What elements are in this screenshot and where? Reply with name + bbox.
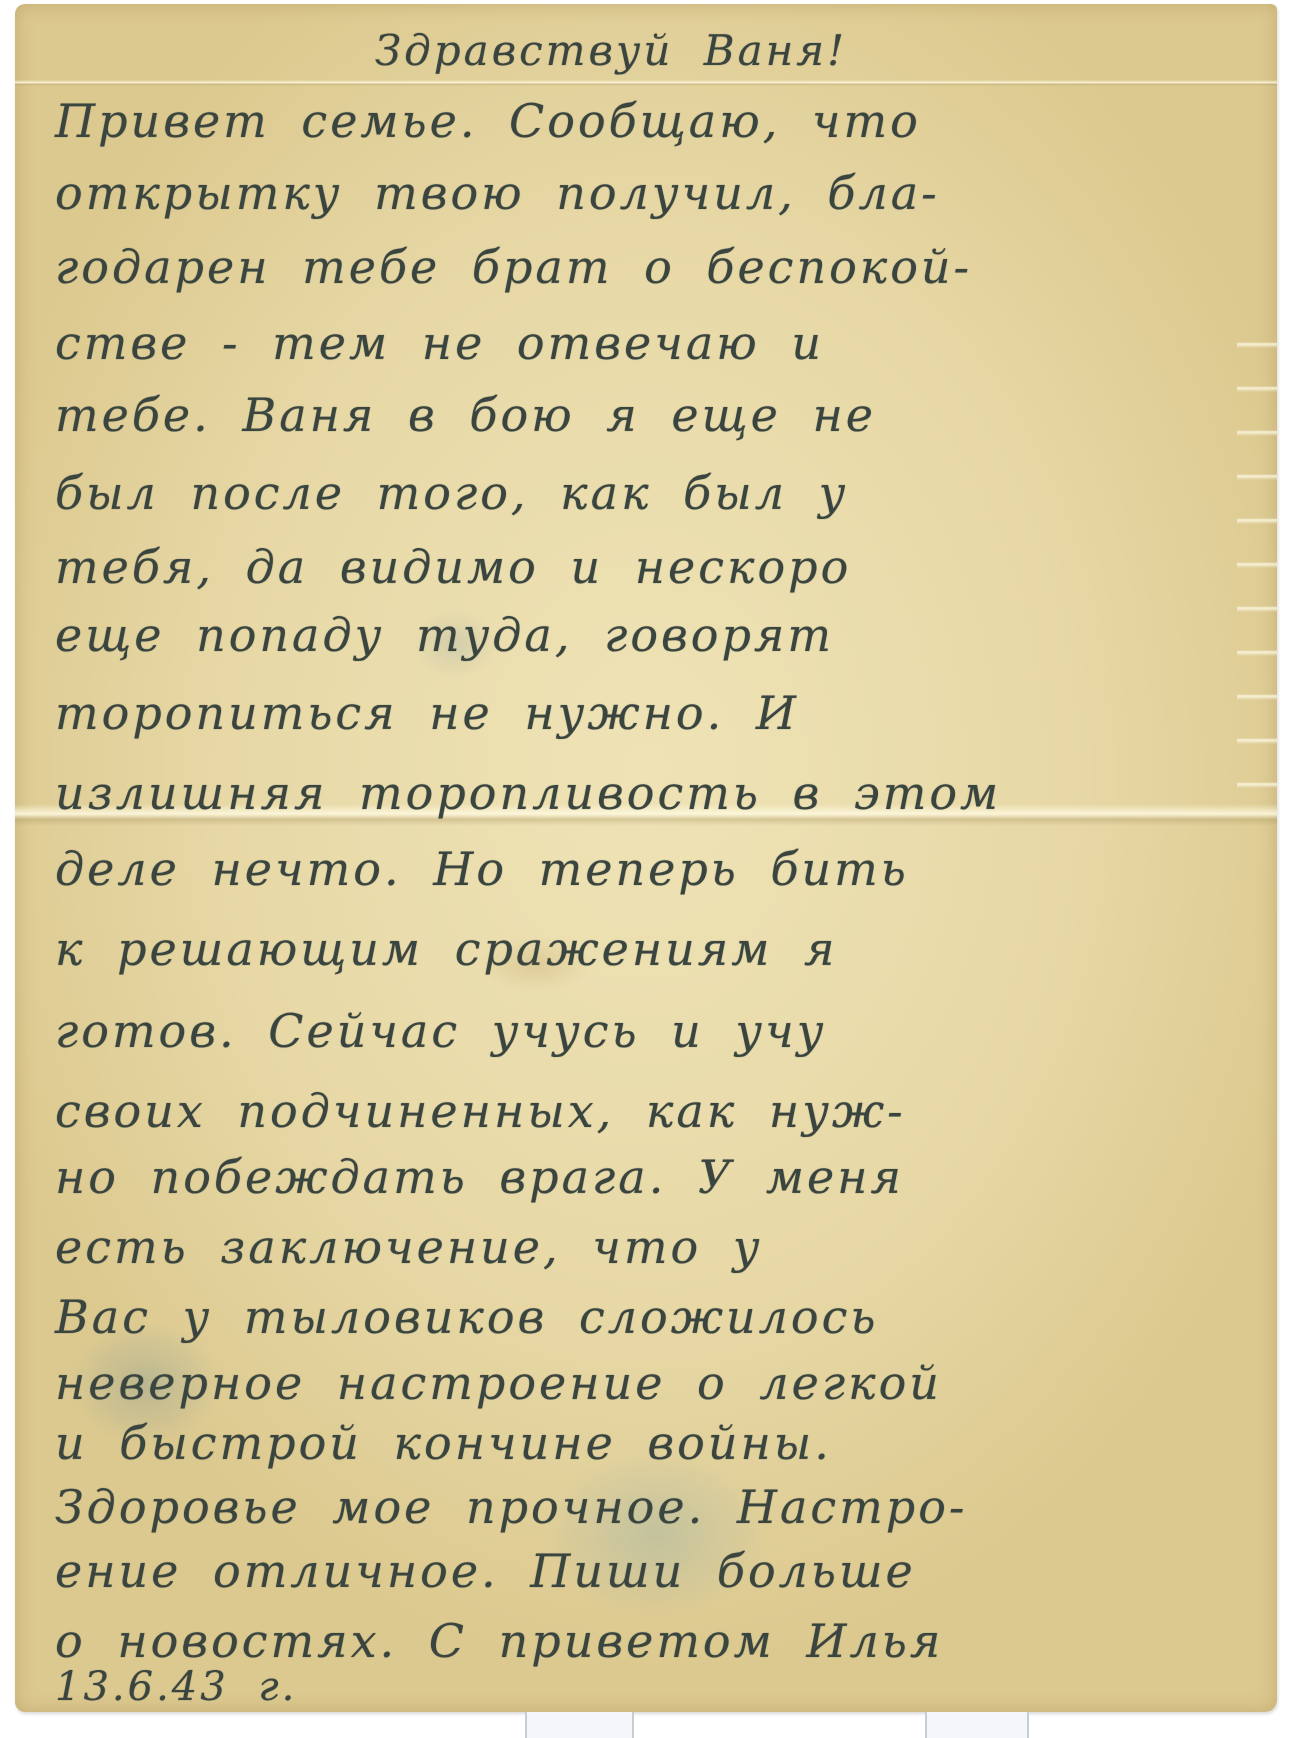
- scanner-background-strip: [525, 1712, 634, 1738]
- letter-signature-line: о новостях. С приветом Илья: [55, 1614, 943, 1668]
- letter-date: 13.6.43 г.: [55, 1664, 297, 1710]
- paper-edge-wear: [1237, 304, 1277, 824]
- letter-paper: Здравствуй Ваня! Привет семье. Сообщаю, …: [15, 4, 1277, 1712]
- letter-line: и быстрой кончине войны.: [55, 1416, 832, 1470]
- letter-line: Здоровье мое прочное. Настро-: [55, 1480, 967, 1534]
- scanner-background-strip: [925, 1712, 1029, 1738]
- letter-greeting: Здравствуй Ваня!: [375, 26, 847, 75]
- letter-line: неверное настроение о легкой: [55, 1356, 942, 1410]
- letter-line: еще попаду туда, говорят: [55, 608, 834, 662]
- letter-line: стве - тем не отвечаю и: [55, 316, 824, 370]
- letter-line: тебя, да видимо и нескоро: [55, 540, 851, 594]
- letter-line: к решающим сражениям я: [55, 922, 837, 976]
- paper-crease-top: [15, 80, 1277, 86]
- letter-line: излишняя торопливость в этом: [55, 766, 1001, 820]
- letter-line: открытку твою получил, бла-: [55, 166, 940, 220]
- letter-line: был после того, как был у: [55, 466, 848, 520]
- letter-line: своих подчиненных, как нуж-: [55, 1084, 906, 1138]
- letter-line: Вас у тыловиков сложилось: [55, 1290, 878, 1344]
- letter-line: Привет семье. Сообщаю, что: [55, 94, 921, 148]
- letter-line: годарен тебе брат о беспокой-: [55, 240, 972, 294]
- letter-line: ение отличное. Пиши больше: [55, 1544, 916, 1598]
- letter-line: деле нечто. Но теперь бить: [55, 842, 909, 896]
- letter-line: есть заключение, что у: [55, 1220, 763, 1274]
- letter-line: торопиться не нужно. И: [55, 686, 799, 740]
- letter-line: готов. Сейчас учусь и учу: [55, 1004, 826, 1058]
- letter-line: но побеждать врага. У меня: [55, 1150, 904, 1204]
- letter-line: тебе. Ваня в бою я еще не: [55, 388, 876, 442]
